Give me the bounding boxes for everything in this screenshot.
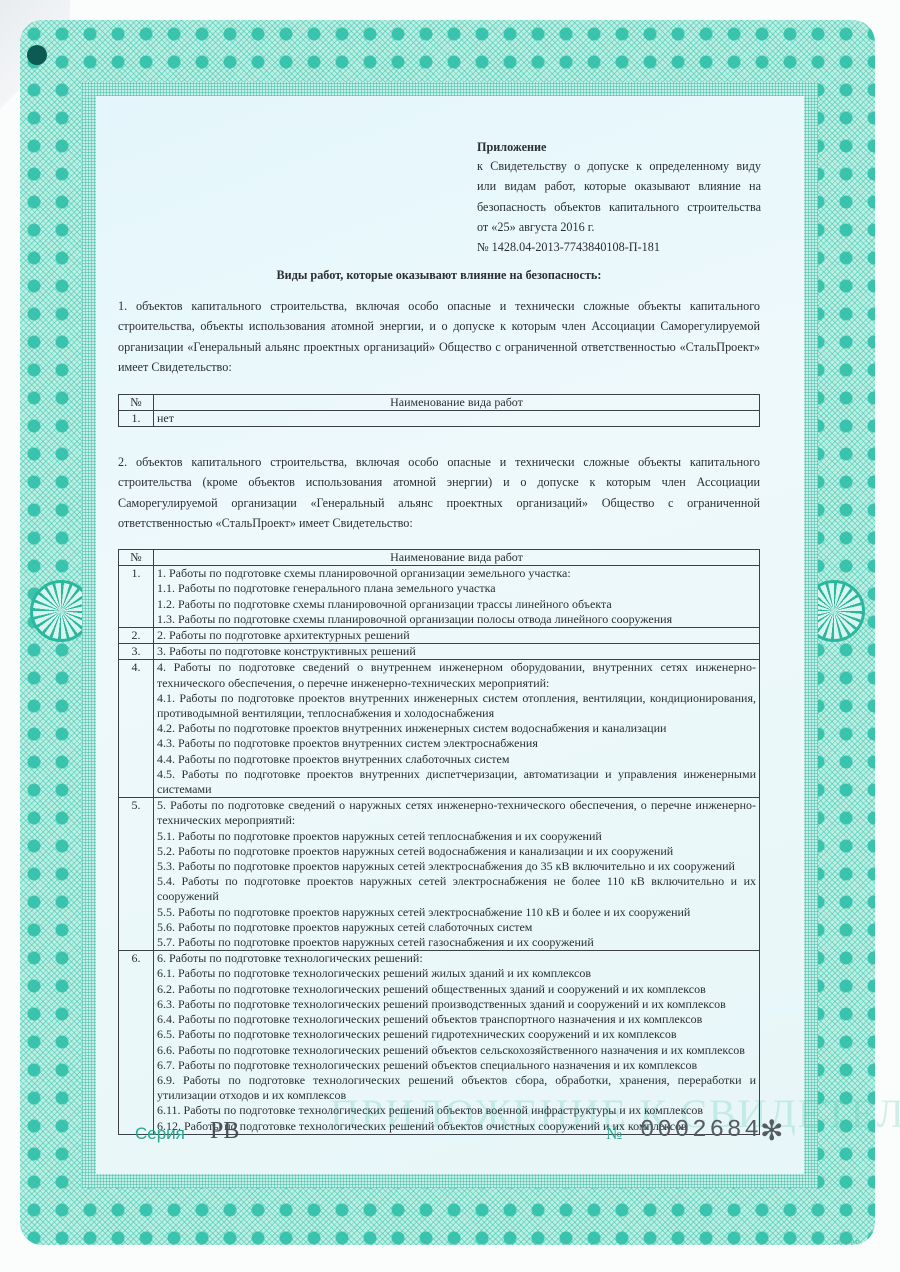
section1-table: № Наименование вида работ 1.нет — [118, 394, 760, 427]
work-description: 3. Работы по подготовке конструктивных р… — [154, 644, 760, 660]
row-number: 5. — [119, 798, 154, 951]
work-item: 2. Работы по подготовке архитектурных ре… — [157, 628, 756, 643]
work-subitem: 4.3. Работы по подготовке проектов внутр… — [157, 736, 756, 751]
certificate-number: № 1428.04-2013-7743840108-П-181 — [477, 237, 761, 257]
work-description: нет — [154, 411, 760, 427]
appendix-line: к Свидетельству о допуске к определенном… — [477, 156, 761, 176]
work-subitem: 1.1. Работы по подготовке генерального п… — [157, 581, 756, 596]
row-number: 6. — [119, 951, 154, 1134]
work-description: 2. Работы по подготовке архитектурных ре… — [154, 628, 760, 644]
appendix-line: безопасность объектов капитального строи… — [477, 197, 761, 217]
work-subitem: 1.3. Работы по подготовке схемы планиров… — [157, 612, 756, 627]
asterisk-mark-icon: ✻ — [760, 1114, 783, 1148]
appendix-line: или видам работ, которые оказывают влиян… — [477, 176, 761, 196]
work-subitem: 5.1. Работы по подготовке проектов наруж… — [157, 829, 756, 844]
work-description: 4. Работы по подготовке сведений о внутр… — [154, 660, 760, 798]
column-header-work-name: Наименование вида работ — [154, 550, 760, 566]
table-row: 3.3. Работы по подготовке конструктивных… — [119, 644, 760, 660]
work-subitem: 5.6. Работы по подготовке проектов наруж… — [157, 920, 756, 935]
appendix-title: Приложение — [477, 138, 761, 156]
work-subitem: 4.1. Работы по подготовке проектов внутр… — [157, 691, 756, 721]
work-subitem: 4.5. Работы по подготовке проектов внутр… — [157, 767, 756, 797]
work-description: 6. Работы по подготовке технологических … — [154, 951, 760, 1134]
row-number: 2. — [119, 628, 154, 644]
section2-table: № Наименование вида работ 1.1. Работы по… — [118, 549, 760, 1135]
work-subitem: 6.7. Работы по подготовке технологически… — [157, 1058, 756, 1073]
work-subitem: 6.5. Работы по подготовке технологически… — [157, 1027, 756, 1042]
work-description: 1. Работы по подготовке схемы планировоч… — [154, 566, 760, 628]
work-subitem: 6.9. Работы по подготовке технологически… — [157, 1073, 756, 1103]
column-header-number: № — [119, 550, 154, 566]
table-row: 1.нет — [119, 411, 760, 427]
table-row: 4.4. Работы по подготовке сведений о вну… — [119, 660, 760, 798]
work-subitem: 5.4. Работы по подготовке проектов наруж… — [157, 874, 756, 904]
work-subitem: 5.5. Работы по подготовке проектов наруж… — [157, 905, 756, 920]
row-number: 3. — [119, 644, 154, 660]
work-subitem: 6.1. Работы по подготовке технологически… — [157, 966, 756, 981]
punch-hole — [27, 45, 47, 65]
column-header-number: № — [119, 395, 154, 411]
work-item: 3. Работы по подготовке конструктивных р… — [157, 644, 756, 659]
row-number: 4. — [119, 660, 154, 798]
work-subitem: 5.2. Работы по подготовке проектов наруж… — [157, 844, 756, 859]
section2-paragraph: 2. объектов капитального строительства, … — [118, 452, 760, 533]
work-subitem: 4.4. Работы по подготовке проектов внутр… — [157, 752, 756, 767]
work-subitem: 1.2. Работы по подготовке схемы планиров… — [157, 597, 756, 612]
work-subitem: 6.4. Работы по подготовке технологически… — [157, 1012, 756, 1027]
work-description: 5. Работы по подготовке сведений о наруж… — [154, 798, 760, 951]
page-heading: Виды работ, которые оказывают влияние на… — [118, 266, 760, 284]
work-subitem: 4.2. Работы по подготовке проектов внутр… — [157, 721, 756, 736]
work-item: 6. Работы по подготовке технологических … — [157, 951, 756, 966]
work-item: 4. Работы по подготовке сведений о внутр… — [157, 660, 756, 690]
section1-paragraph: 1. объектов капитального строительства, … — [118, 296, 760, 377]
appendix-header: Приложение к Свидетельству о допуске к о… — [477, 138, 761, 257]
series-label: Серия — [135, 1124, 185, 1144]
table-row: 1.1. Работы по подготовке схемы планиров… — [119, 566, 760, 628]
work-subitem: 6.3. Работы по подготовке технологически… — [157, 997, 756, 1012]
row-number: 1. — [119, 411, 154, 427]
work-subitem: 5.3. Работы по подготовке проектов наруж… — [157, 859, 756, 874]
row-number: 1. — [119, 566, 154, 628]
work-item: 1. Работы по подготовке схемы планировоч… — [157, 566, 756, 581]
column-header-work-name: Наименование вида работ — [154, 395, 760, 411]
work-item: 5. Работы по подготовке сведений о наруж… — [157, 798, 756, 828]
serial-number: 0002684 — [640, 1117, 762, 1144]
work-subitem: 5.7. Работы по подготовке проектов наруж… — [157, 935, 756, 950]
table-row: 6.6. Работы по подготовке технологически… — [119, 951, 760, 1134]
work-subitem: 6.6. Работы по подготовке технологически… — [157, 1043, 756, 1058]
work-item: нет — [157, 411, 756, 426]
table-row: 5.5. Работы по подготовке сведений о нар… — [119, 798, 760, 951]
appendix-date: от «25» августа 2016 г. — [477, 217, 761, 237]
series-value: РВ — [210, 1118, 239, 1145]
printer-mark: СИГГРАФ — [832, 1240, 859, 1246]
number-label: № — [606, 1124, 622, 1144]
work-subitem: 6.2. Работы по подготовке технологически… — [157, 982, 756, 997]
table-row: 2.2. Работы по подготовке архитектурных … — [119, 628, 760, 644]
